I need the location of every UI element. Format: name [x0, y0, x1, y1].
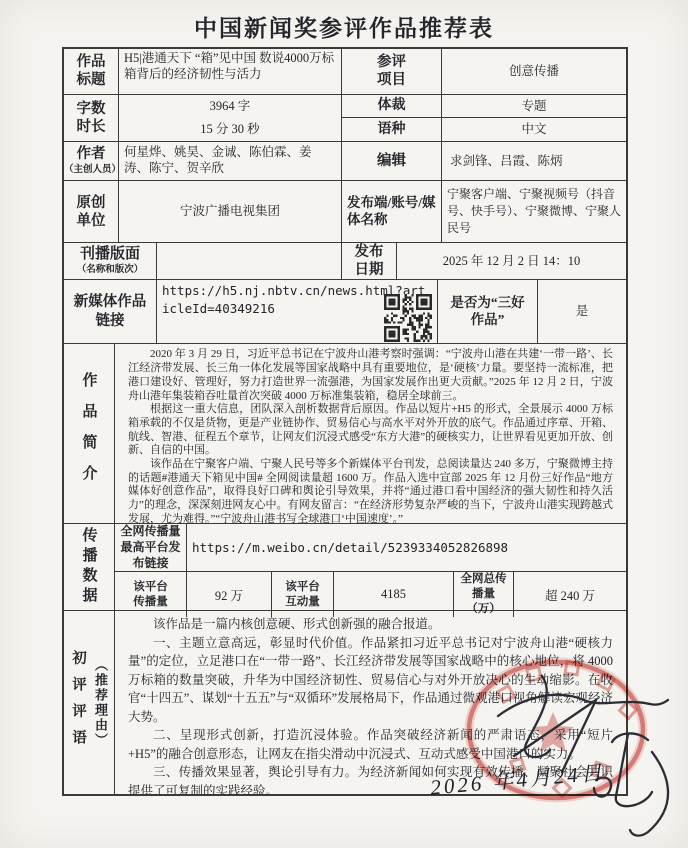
row-review: 初评评语 （推荐理由） 该作品是一篇内核创意硬、形式创新强的融合报道。一、主题立…: [64, 611, 626, 794]
review-paragraphs: 该作品是一篇内核创意硬、形式创新强的融合报道。一、主题立意高远，彰显时代价值。作…: [120, 613, 621, 794]
publish-platform-value: 宁聚客户端、宁聚视频号（抖音号、快手号）、宁聚微博、宁聚人民号: [442, 181, 626, 242]
review-label-main: 初评评语: [68, 650, 89, 756]
row-summary: 作品简介 2020 年 3 月 29 日，习近平总书记在宁波舟山港考察时强调：“…: [64, 344, 626, 524]
top-platform-link-value: https://m.weibo.cn/detail/52393340528268…: [187, 524, 626, 571]
row-publication-page: 刊播版面 （名称和版次） 发布日期 2025 年 12 月 2 日 14：10: [64, 243, 626, 280]
row-language: 语种 中文: [342, 118, 626, 140]
entry-category-label: 参评项目: [342, 49, 442, 94]
publication-page-label: 刊播版面 （名称和版次）: [64, 243, 157, 279]
publish-platform-label: 发布端/账号/媒体名称: [342, 181, 442, 242]
entry-category-value: 创意传播: [442, 49, 626, 94]
publication-page-sublabel: （名称和版次）: [77, 265, 144, 277]
row-spread-data: 传播数据 全网传播量最高平台发布链接 https://m.weibo.cn/de…: [64, 524, 626, 611]
new-media-link-label: 新媒体作品链接: [64, 280, 157, 344]
three-good-label: 是否为“三好作品”: [438, 280, 538, 344]
publish-date-label: 发布日期: [342, 243, 397, 279]
editors-label: 编辑: [342, 142, 442, 181]
new-media-link-value: https://h5.nj.nbtv.cn/news.html?articleI…: [157, 280, 438, 344]
row-genre: 体裁 专题: [342, 95, 626, 118]
review-label-paren: （推荐理由）: [91, 658, 110, 748]
language-value: 中文: [442, 118, 626, 140]
language-label: 语种: [342, 118, 442, 140]
row-count-genre: 字数时长 3964 字 15 分 30 秒 体裁 专题 语种 中文: [64, 95, 626, 142]
count-duration-value: 3964 字 15 分 30 秒: [119, 95, 342, 141]
form-page: 中国新闻奖参评作品推荐表 作品标题 H5|港通天下 “箱”见中国 数说4000万…: [0, 0, 688, 848]
authors-sublabel: （主创人员）: [64, 165, 118, 177]
editors-value: 求剑锋、吕霞、陈炳: [442, 142, 626, 181]
genre-value: 专题: [442, 95, 626, 117]
authors-label: 作者 （主创人员）: [64, 142, 119, 181]
row-top-platform-link: 全网传播量最高平台发布链接 https://m.weibo.cn/detail/…: [115, 524, 626, 572]
page-title: 中国新闻奖参评作品推荐表: [0, 10, 688, 43]
weibo-link[interactable]: https://m.weibo.cn/detail/52393340528268…: [192, 539, 508, 557]
publish-date-value: 2025 年 12 月 2 日 14：10: [397, 243, 626, 279]
publication-page-value: [157, 243, 342, 279]
row-original-unit: 原创单位 宁波广播电视集团 发布端/账号/媒体名称 宁聚客户端、宁聚视频号（抖音…: [64, 181, 626, 243]
qr-code: [384, 294, 432, 342]
work-title-label: 作品标题: [64, 49, 119, 94]
authors-value: 何星烨、姚昊、金诚、陈伯霖、姜涛、陈宁、贺辛欣: [119, 142, 342, 181]
count-duration-label: 字数时长: [64, 95, 119, 141]
genre-label: 体裁: [342, 95, 442, 117]
original-unit-label: 原创单位: [64, 181, 119, 242]
word-count: 3964 字: [210, 97, 251, 116]
top-platform-link-label: 全网传播量最高平台发布链接: [115, 524, 187, 571]
duration: 15 分 30 秒: [200, 120, 259, 139]
summary-label: 作品简介: [64, 344, 115, 523]
three-good-value: 是: [538, 280, 626, 344]
spread-data-label: 传播数据: [64, 524, 115, 610]
row-work-title: 作品标题 H5|港通天下 “箱”见中国 数说4000万标箱背后的经济韧性与活力 …: [64, 49, 626, 95]
row-new-media-link: 新媒体作品链接 https://h5.nj.nbtv.cn/news.html?…: [64, 280, 626, 345]
original-unit-value: 宁波广播电视集团: [119, 181, 342, 242]
work-title-value: H5|港通天下 “箱”见中国 数说4000万标箱背后的经济韧性与活力: [119, 49, 342, 94]
row-authors: 作者 （主创人员） 何星烨、姚昊、金诚、陈伯霖、姜涛、陈宁、贺辛欣 编辑 求剑锋…: [64, 142, 626, 182]
recommendation-form-table: 作品标题 H5|港通天下 “箱”见中国 数说4000万标箱背后的经济韧性与活力 …: [62, 47, 628, 796]
summary-paragraphs: 2020 年 3 月 29 日，习近平总书记在宁波舟山港考察时强调：“宁波舟山港…: [120, 346, 621, 523]
review-label: 初评评语 （推荐理由）: [64, 611, 115, 794]
